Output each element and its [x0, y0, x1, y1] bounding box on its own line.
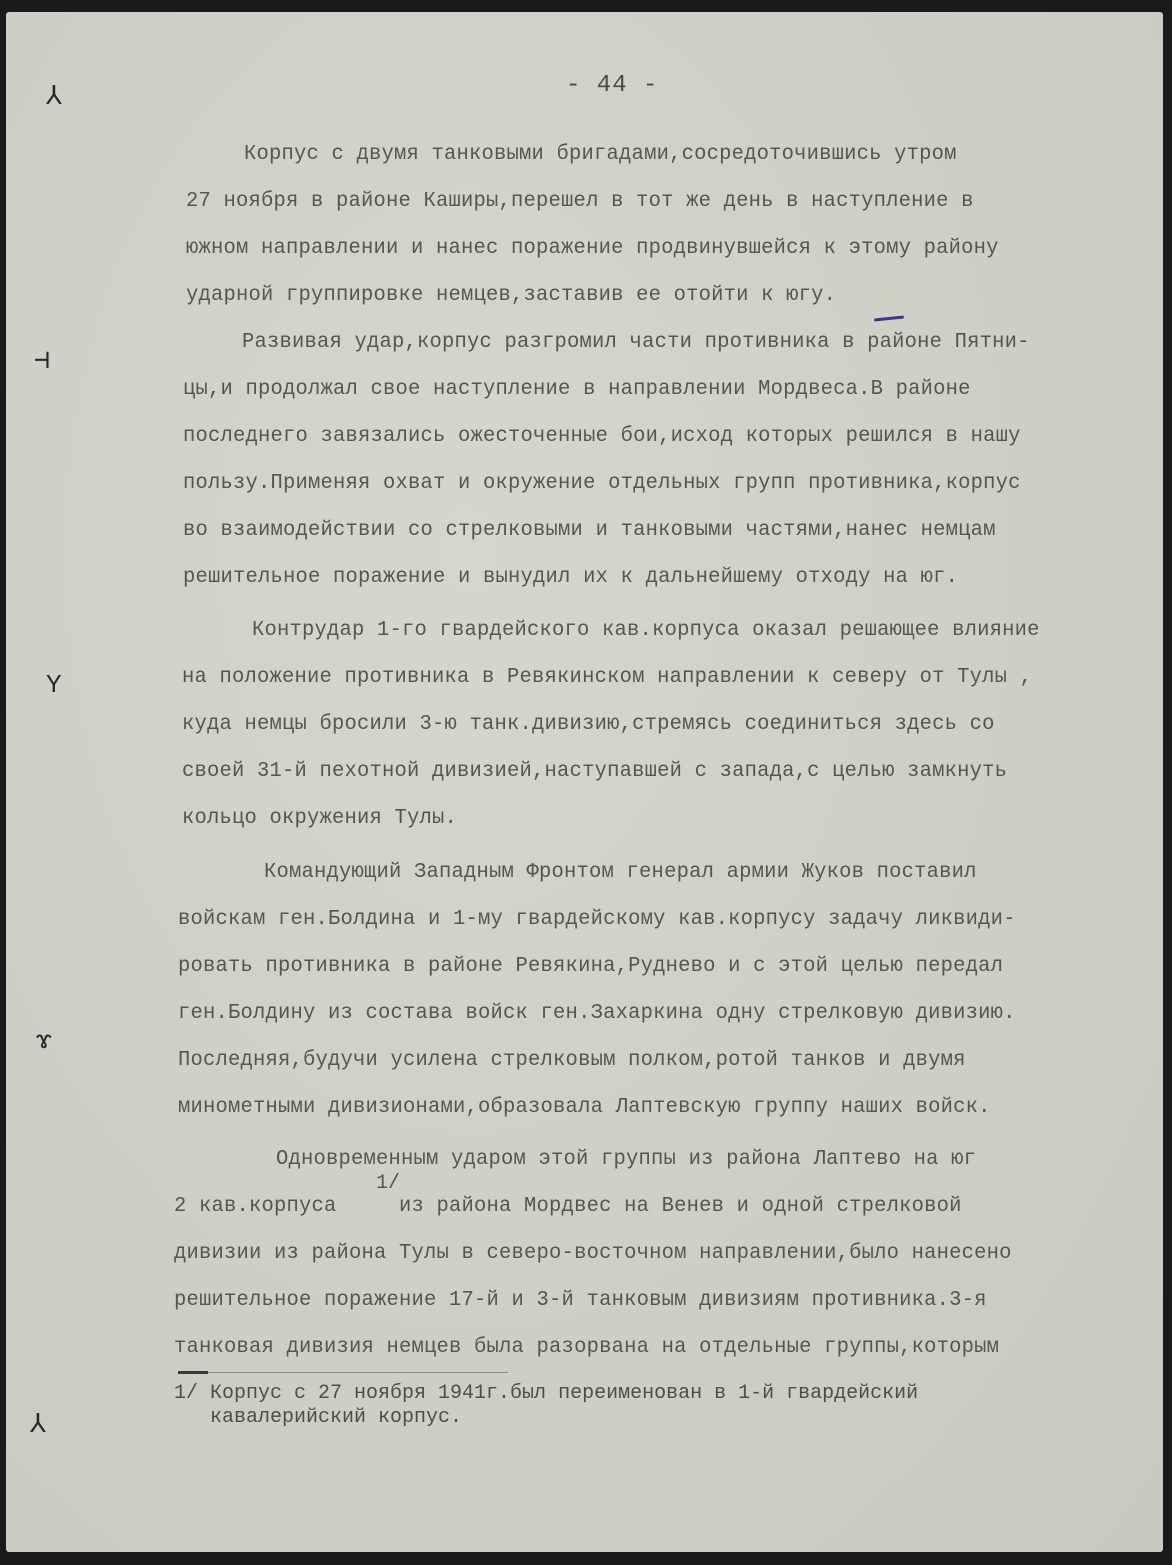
text-line: последнего завязались ожесточенные бои,и… — [183, 424, 1021, 448]
ink-underline-mark — [874, 315, 904, 321]
text-line: минометными дивизионами,образовала Лапте… — [178, 1095, 991, 1119]
text-line: танковая дивизия немцев была разорвана н… — [174, 1335, 999, 1359]
text-line: Развивая удар,корпус разгромил части про… — [242, 330, 1030, 354]
text-line: Одновременным ударом этой группы из райо… — [276, 1147, 976, 1171]
text-line: Последняя,будучи усилена стрелковым полк… — [178, 1048, 966, 1072]
document-page: ⅄ ⊣ Y ɤ ⅄ - 44 - Корпус с двумя танковым… — [6, 12, 1163, 1552]
text-line: ген.Болдину из состава войск ген.Захарки… — [178, 1001, 1016, 1025]
punch-hole-mark-icon: ⅄ — [30, 1412, 46, 1438]
text-line: пользу.Применяя охват и окружение отдель… — [183, 471, 1021, 495]
punch-hole-mark-icon: ⊣ — [34, 348, 50, 374]
text-line: ровать противника в районе Ревякина,Рудн… — [178, 954, 1003, 978]
text-line: цы,и продолжал свое наступление в направ… — [183, 377, 971, 401]
text-line: во взаимодействии со стрелковыми и танко… — [183, 518, 996, 542]
text-line: южном направлении и нанес поражение прод… — [186, 236, 999, 260]
text-line: кольцо окружения Тулы. — [182, 806, 457, 830]
text-line: решительное поражение и вынудил их к дал… — [183, 565, 958, 589]
text-line: 2 кав.корпуса из района Мордвес на Венев… — [174, 1194, 962, 1218]
footnote-separator — [178, 1372, 508, 1373]
punch-hole-mark-icon: Y — [46, 672, 62, 698]
text-line: дивизии из района Тулы в северо-восточно… — [174, 1241, 1012, 1265]
punch-hole-mark-icon: ɤ — [36, 1028, 52, 1054]
text-line: Контрудар 1-го гвардейского кав.корпуса … — [252, 618, 1040, 642]
text-line: Корпус с двумя танковыми бригадами,сосре… — [244, 142, 957, 166]
page-number: - 44 - — [566, 72, 658, 99]
text-line: войскам ген.Болдина и 1-му гвардейскому … — [178, 907, 1016, 931]
text-line: Командующий Западным Фронтом генерал арм… — [264, 860, 977, 884]
footnote-line: кавалерийский корпус. — [174, 1406, 462, 1429]
text-line: ударной группировке немцев,заставив ее о… — [186, 283, 836, 307]
footnote-line: 1/ Корпус с 27 ноября 1941г.был переимен… — [174, 1382, 918, 1405]
text-line: своей 31-й пехотной дивизией,наступавшей… — [182, 759, 1007, 783]
text-line: куда немцы бросили 3-ю танк.дивизию,стре… — [182, 712, 995, 736]
text-line: решительное поражение 17-й и 3-й танковы… — [174, 1288, 987, 1312]
text-line: на положение противника в Ревякинском на… — [182, 665, 1032, 689]
text-line: 27 ноября в районе Каширы,перешел в тот … — [186, 189, 974, 213]
footnote-reference: 1/ — [376, 1172, 400, 1195]
punch-hole-mark-icon: ⅄ — [46, 84, 62, 110]
